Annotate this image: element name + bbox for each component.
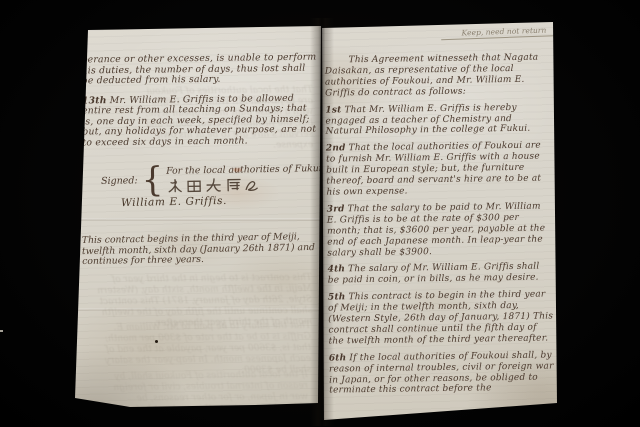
contract-article-5: 5thThis contract is to begin in the thir…: [328, 290, 555, 348]
contract-article-4: 4thThe salary of Mr. William E. Griffis …: [328, 262, 554, 287]
article-text: If the local authorities of Foukoui shal…: [329, 350, 554, 396]
ghost-bleedthrough-text: If the local authorities of Foukoui shal…: [103, 370, 308, 416]
kanji-signature: [166, 175, 322, 195]
article-number: 2nd: [326, 144, 346, 154]
pencil-annotation: Keep, need not return: [441, 25, 567, 40]
document-photo: That the local authorities of Foukoui ar…: [0, 0, 640, 427]
clause-continuation: perance or other excesses, is unable to …: [81, 53, 317, 87]
agreement-opening: This Agreement witnesseth that Nagata Da…: [325, 52, 552, 99]
contract-article-2: 2ndThat the local authorities of Foukoui…: [326, 141, 553, 199]
article-number: 1st: [325, 105, 341, 115]
contract-article-1: 1stThat Mr. William E. Griffis is hereby…: [325, 102, 551, 138]
signed-label: Signed:: [101, 175, 138, 187]
signature-block: Signed: { For the local authorities of F…: [101, 160, 322, 198]
right-page: Keep, need not return This Agreement wit…: [321, 20, 559, 421]
signature-griffis: William E. Griffis.: [121, 195, 227, 209]
article-text: This contract is to begin in the third y…: [328, 290, 553, 347]
ghost-bleedthrough-text: That the salary to be paid to Mr. Willia…: [93, 321, 312, 378]
stain-mark: [233, 168, 242, 172]
brace-glyph: {: [141, 163, 163, 197]
article-text: That Mr. William E. Griffis is hereby en…: [325, 103, 530, 137]
article-text: That the salary to be paid to Mr. Willia…: [327, 201, 546, 258]
contract-term-paragraph: This contract begins in the third year o…: [82, 232, 317, 268]
ink-blot: [155, 340, 158, 343]
article-number: 3rd: [327, 204, 345, 214]
contract-article-6: 6thIf the local authorities of Foukoui s…: [329, 350, 556, 397]
article-text: The salary of Mr. William E. Griffis sha…: [328, 262, 540, 286]
fold-crease: [75, 218, 322, 221]
clause-13: 13thMr. William E. Griffis is to be allo…: [82, 93, 319, 148]
left-page: That the local authorities of Foukoui ar…: [75, 24, 322, 426]
ghost-bleedthrough-text: This contract is to begin in the third y…: [87, 273, 313, 330]
dust-speck: [0, 330, 3, 332]
article-text: That the local authorities of Foukoui ar…: [326, 141, 541, 198]
contract-article-3: 3rdThat the salary to be paid to Mr. Wil…: [327, 201, 554, 259]
article-number: 4th: [328, 265, 346, 275]
clause-text: Mr. William E. Griffis is to be allowed …: [82, 92, 316, 148]
fold-crease: [75, 308, 322, 311]
article-number: 6th: [329, 353, 347, 363]
article-number: 5th: [328, 293, 346, 303]
